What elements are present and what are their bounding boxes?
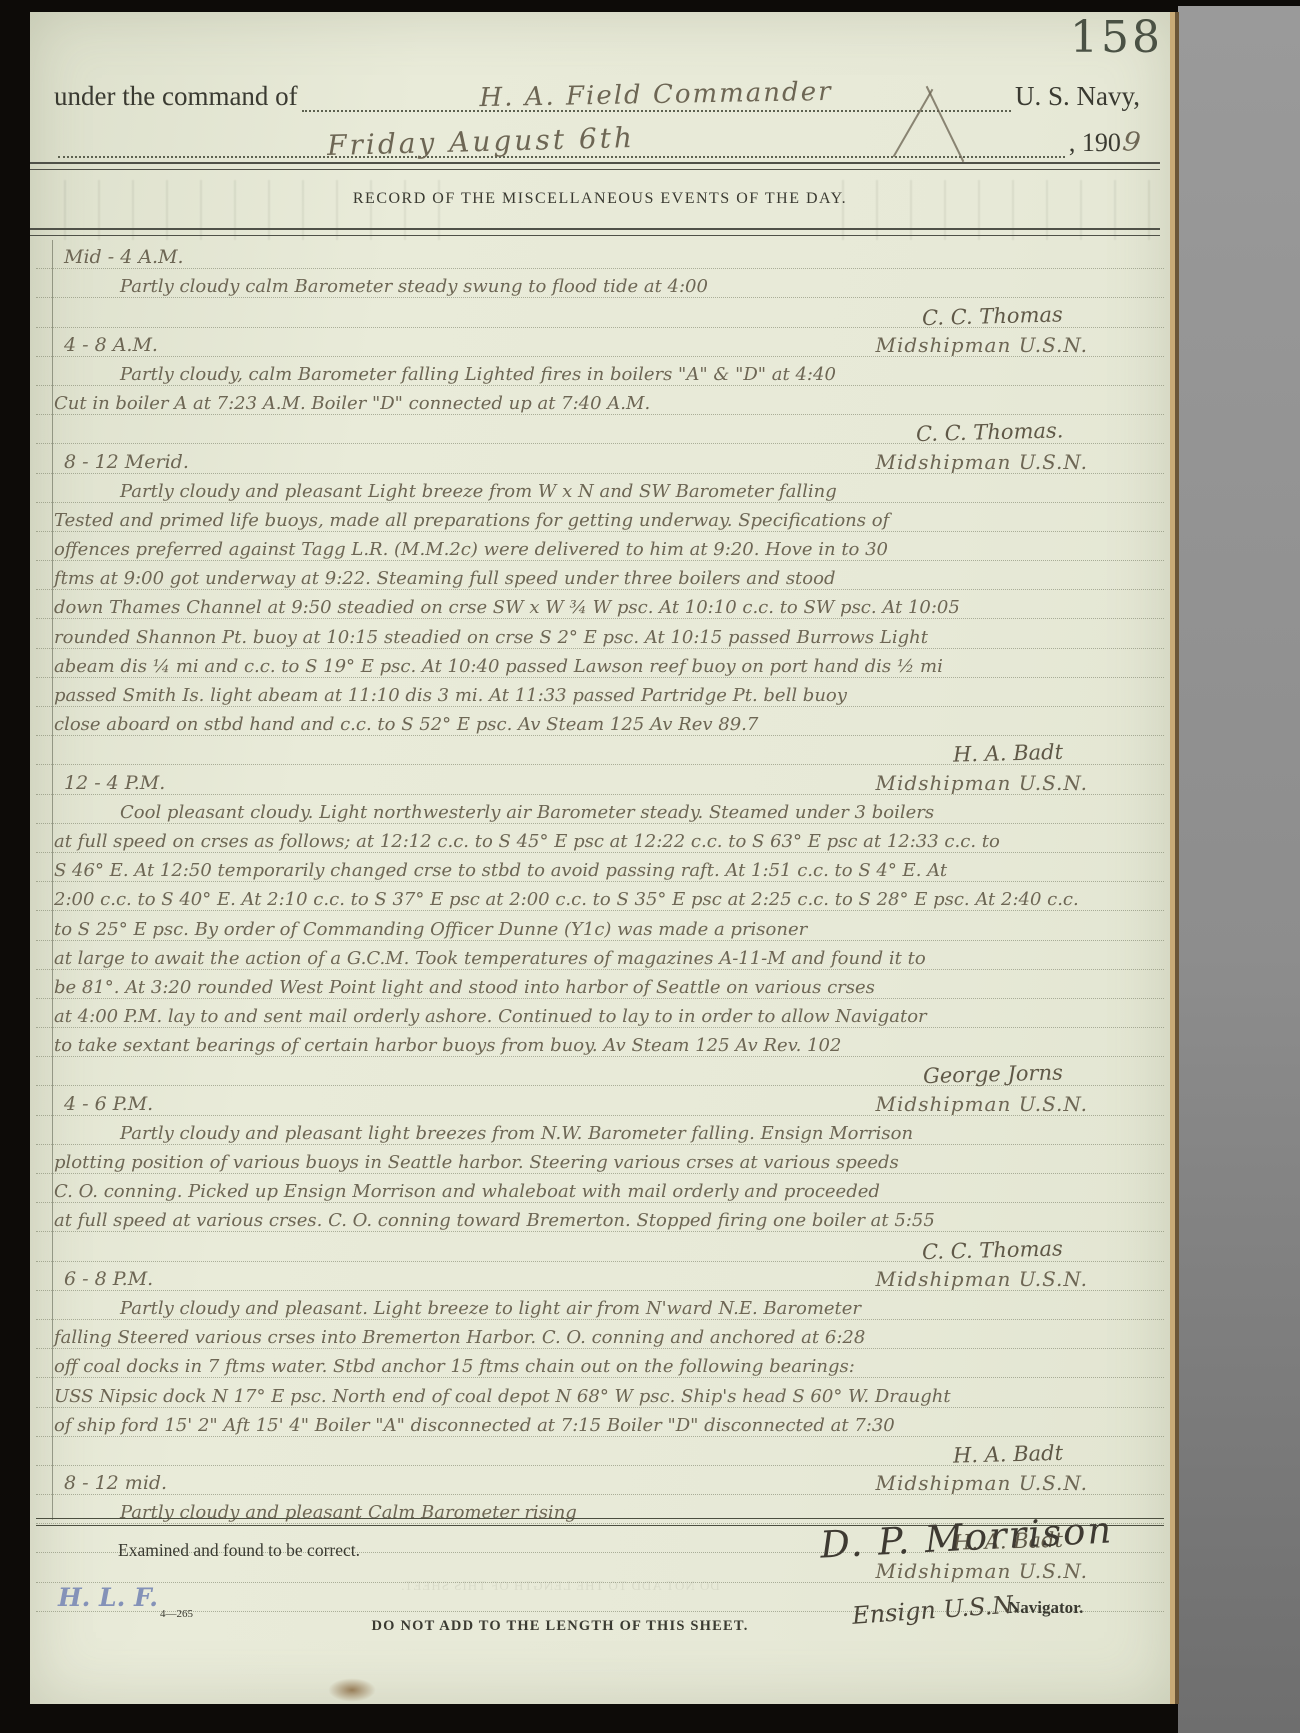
year-digit-handwritten: 9	[1120, 126, 1142, 159]
signature-rank: Midshipman U.S.N.	[876, 1094, 1158, 1114]
date-blank: Friday August 6th	[58, 120, 1065, 158]
log-entries: Mid - 4 A.M.Partly cloudy calm Barometer…	[36, 240, 1164, 1612]
navy-suffix-label: U. S. Navy,	[1015, 81, 1140, 112]
log-row: at full speed on crses as follows; at 12…	[36, 824, 1164, 853]
log-row: C. C. Thomas.	[36, 415, 1164, 444]
date-line: Friday August 6th , 190 9	[54, 120, 1140, 158]
log-text: plotting position of various buoys in Se…	[48, 1154, 899, 1172]
log-row: close aboard on stbd hand and c.c. to S …	[36, 707, 1164, 736]
bleed-through-text: DO NOT ADD TO THE LENGTH OF THIS SHEET.	[30, 1578, 1090, 1594]
log-text: passed Smith Is. light abeam at 11:10 di…	[48, 687, 847, 705]
log-row: 6 - 8 P.M.Midshipman U.S.N.	[36, 1262, 1164, 1291]
log-row: Mid - 4 A.M.	[36, 240, 1164, 269]
log-text: USS Nipsic dock N 17° E psc. North end o…	[48, 1388, 951, 1406]
log-row: ftms at 9:00 got underway at 9:22. Steam…	[36, 561, 1164, 590]
backdrop-next-page	[1178, 6, 1300, 1733]
commander-name-blank: H. A. Field Commander	[302, 74, 1011, 112]
watch-heading: 4 - 8 A.M.	[48, 336, 158, 355]
commander-name-handwritten: H. A. Field Commander	[480, 77, 834, 113]
log-row: 2:00 c.c. to S 40° E. At 2:10 c.c. to S …	[36, 882, 1164, 911]
signature-rank: Midshipman U.S.N.	[876, 1269, 1158, 1289]
log-text: Tested and primed life buoys, made all p…	[48, 512, 889, 530]
log-text: Cut in boiler A at 7:23 A.M. Boiler "D" …	[48, 395, 650, 413]
signature: C. C. Thomas	[922, 301, 1158, 328]
log-row: be 81°. At 3:20 rounded West Point light…	[36, 970, 1164, 999]
log-text: rounded Shannon Pt. buoy at 10:15 steadi…	[48, 629, 928, 647]
log-text: Partly cloudy and pleasant Calm Baromete…	[48, 1504, 577, 1522]
log-text: falling Steered various crses into Breme…	[48, 1329, 865, 1347]
log-text: S 46° E. At 12:50 temporarily changed cr…	[48, 862, 947, 880]
log-row: to take sextant bearings of certain harb…	[36, 1028, 1164, 1057]
signature-rank: Midshipman U.S.N.	[876, 1473, 1158, 1493]
log-row: George Jorns	[36, 1057, 1164, 1086]
log-text: Partly cloudy, calm Barometer falling Li…	[48, 366, 836, 384]
signature-rank: Midshipman U.S.N.	[876, 773, 1158, 793]
log-row: Partly cloudy and pleasant light breezes…	[36, 1116, 1164, 1145]
log-text: down Thames Channel at 9:50 steadied on …	[48, 599, 960, 617]
date-handwritten: Friday August 6th	[327, 121, 636, 162]
year-printed-label: , 190	[1069, 128, 1121, 158]
log-row: rounded Shannon Pt. buoy at 10:15 steadi…	[36, 619, 1164, 648]
signature-rank: Midshipman U.S.N.	[876, 452, 1158, 472]
log-row: Tested and primed life buoys, made all p…	[36, 503, 1164, 532]
log-row: 4 - 8 A.M.Midshipman U.S.N.	[36, 328, 1164, 357]
log-row: 12 - 4 P.M.Midshipman U.S.N.	[36, 765, 1164, 794]
watch-heading: 12 - 4 P.M.	[48, 774, 165, 793]
log-row: Cool pleasant cloudy. Light northwesterl…	[36, 795, 1164, 824]
log-row: at 4:00 P.M. lay to and sent mail orderl…	[36, 999, 1164, 1028]
log-row: Partly cloudy and pleasant. Light breeze…	[36, 1291, 1164, 1320]
log-row: of ship ford 15' 2" Aft 15' 4" Boiler "A…	[36, 1408, 1164, 1437]
logbook-page: 158 under the command of H. A. Field Com…	[30, 12, 1170, 1704]
log-row: passed Smith Is. light abeam at 11:10 di…	[36, 678, 1164, 707]
log-row: Cut in boiler A at 7:23 A.M. Boiler "D" …	[36, 386, 1164, 415]
log-text: offences preferred against Tagg L.R. (M.…	[48, 541, 888, 559]
watch-heading: 8 - 12 Merid.	[48, 453, 189, 472]
log-text: at full speed at various crses. C. O. co…	[48, 1212, 935, 1230]
log-text: at 4:00 P.M. lay to and sent mail orderl…	[48, 1008, 927, 1026]
log-row: S 46° E. At 12:50 temporarily changed cr…	[36, 853, 1164, 882]
signature: C. C. Thomas	[922, 1235, 1158, 1262]
command-prefix-label: under the command of	[54, 81, 298, 112]
log-text: of ship ford 15' 2" Aft 15' 4" Boiler "A…	[48, 1417, 895, 1435]
log-row: to S 25° E psc. By order of Commanding O…	[36, 911, 1164, 940]
signature: H. A. Badt	[953, 740, 1158, 766]
log-row: plotting position of various buoys in Se…	[36, 1145, 1164, 1174]
log-text: at large to await the action of a G.C.M.…	[48, 950, 926, 968]
signature: George Jorns	[923, 1060, 1158, 1087]
log-row: 8 - 12 Merid.Midshipman U.S.N.	[36, 444, 1164, 473]
log-text: be 81°. At 3:20 rounded West Point light…	[48, 979, 875, 997]
log-text: abeam dis ¼ mi and c.c. to S 19° E psc. …	[48, 658, 943, 676]
signature: H. A. Badt	[953, 1440, 1158, 1466]
examined-statement: Examined and found to be correct.	[118, 1540, 360, 1561]
watch-heading: 8 - 12 mid.	[48, 1474, 167, 1493]
log-text: close aboard on stbd hand and c.c. to S …	[48, 716, 758, 734]
log-row: H. A. Badt	[36, 1437, 1164, 1466]
log-text: C. O. conning. Picked up Ensign Morrison…	[48, 1183, 880, 1201]
paper-stain	[328, 1678, 376, 1702]
command-line: under the command of H. A. Field Command…	[54, 74, 1140, 112]
log-text: at full speed on crses as follows; at 12…	[48, 833, 1000, 851]
log-row: off coal docks in 7 ftms water. Stbd anc…	[36, 1349, 1164, 1378]
log-row: at large to await the action of a G.C.M.…	[36, 941, 1164, 970]
log-row: USS Nipsic dock N 17° E psc. North end o…	[36, 1378, 1164, 1407]
divider-rule	[30, 162, 1160, 170]
log-row: 8 - 12 mid.Midshipman U.S.N.	[36, 1466, 1164, 1495]
divider-rule	[30, 228, 1160, 236]
scan-background: 158 under the command of H. A. Field Com…	[0, 0, 1300, 1733]
log-row: Partly cloudy, calm Barometer falling Li…	[36, 357, 1164, 386]
log-text: Partly cloudy and pleasant. Light breeze…	[48, 1300, 861, 1318]
log-row: offences preferred against Tagg L.R. (M.…	[36, 532, 1164, 561]
watch-heading: Mid - 4 A.M.	[48, 248, 184, 267]
log-row: at full speed at various crses. C. O. co…	[36, 1203, 1164, 1232]
log-text: Partly cloudy calm Barometer steady swun…	[48, 278, 708, 296]
log-text: Cool pleasant cloudy. Light northwesterl…	[48, 804, 934, 822]
log-text: ftms at 9:00 got underway at 9:22. Steam…	[48, 570, 836, 588]
watch-heading: 6 - 8 P.M.	[48, 1270, 153, 1289]
log-text: off coal docks in 7 ftms water. Stbd anc…	[48, 1358, 855, 1376]
signature-rank: Midshipman U.S.N.	[876, 335, 1158, 355]
log-row: C. C. Thomas	[36, 298, 1164, 327]
log-row: Partly cloudy calm Barometer steady swun…	[36, 269, 1164, 298]
do-not-add-notice: DO NOT ADD TO THE LENGTH OF THIS SHEET.	[30, 1618, 1090, 1635]
watch-heading: 4 - 6 P.M.	[48, 1095, 153, 1114]
section-title: RECORD OF THE MISCELLANEOUS EVENTS OF TH…	[30, 190, 1170, 208]
log-row: falling Steered various crses into Breme…	[36, 1320, 1164, 1349]
signature: C. C. Thomas.	[915, 418, 1158, 445]
log-text: Partly cloudy and pleasant light breezes…	[48, 1125, 913, 1143]
log-row: C. C. Thomas	[36, 1232, 1164, 1261]
navigator-label: Navigator.	[1008, 1598, 1083, 1618]
log-row: down Thames Channel at 9:50 steadied on …	[36, 590, 1164, 619]
log-row: C. O. conning. Picked up Ensign Morrison…	[36, 1174, 1164, 1203]
log-text: to take sextant bearings of certain harb…	[48, 1037, 841, 1055]
log-text: 2:00 c.c. to S 40° E. At 2:10 c.c. to S …	[48, 891, 1079, 909]
log-row: Partly cloudy and pleasant Light breeze …	[36, 474, 1164, 503]
log-text: to S 25° E psc. By order of Commanding O…	[48, 921, 807, 939]
log-row: H. A. Badt	[36, 736, 1164, 765]
page-number: 158	[1070, 12, 1163, 63]
log-text: Partly cloudy and pleasant Light breeze …	[48, 483, 837, 501]
log-row: abeam dis ¼ mi and c.c. to S 19° E psc. …	[36, 649, 1164, 678]
log-row: 4 - 6 P.M.Midshipman U.S.N.	[36, 1086, 1164, 1115]
